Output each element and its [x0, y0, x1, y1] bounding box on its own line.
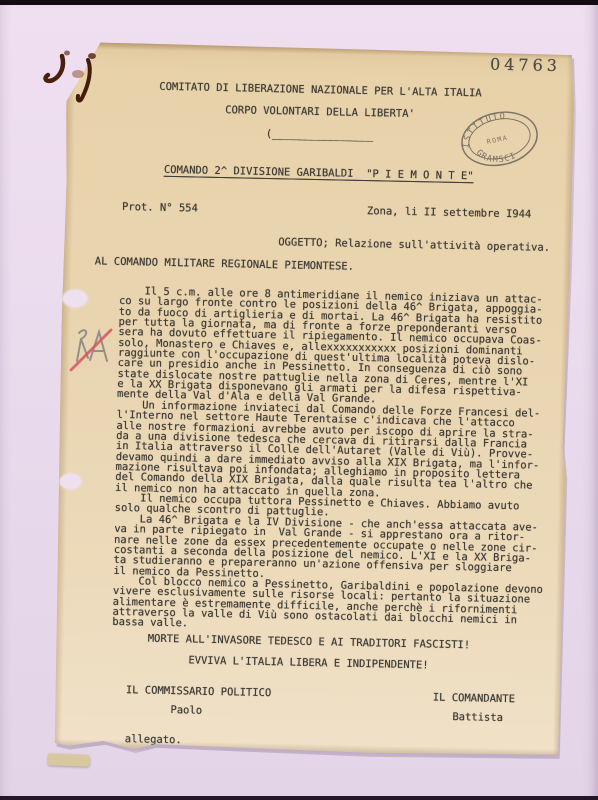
commander-name: Battista	[452, 711, 503, 724]
protocol-number: Prot. N° 554	[122, 201, 198, 215]
document-photo: 04763 COMITATO DI LIBERAZIONE NAZIONALE …	[0, 0, 598, 800]
report-paragraph-5: Col blocco nemico a Pessinetto, Garibald…	[112, 576, 543, 637]
commissar-name: Paolo	[170, 704, 202, 717]
photo-bottom-border	[0, 796, 598, 800]
org-title: COMITATO DI LIBERAZIONE NAZIONALE PER L'…	[66, 79, 574, 102]
report-paragraph-1: Il 5 c.m. alle ore 8 antimeridiane il ne…	[117, 286, 543, 409]
slogan-2: EVVIVA L'ITALIA LIBERA E INDIPENDENTE!	[54, 652, 562, 675]
paper-hole	[60, 474, 81, 489]
commander-title: IL COMANDANTE	[433, 692, 515, 706]
dateline: Zona, li II settembre I944	[367, 205, 532, 220]
attachment-note: allegato.	[125, 733, 182, 746]
paper-sheet: 04763 COMITATO DI LIBERAZIONE NAZIONALE …	[53, 42, 576, 758]
ink-blot-icon	[42, 48, 108, 110]
recipient-line: AL COMANDO MILITARE REGIONALE PIEMONTESE…	[95, 255, 354, 272]
pencil-annotation	[66, 316, 116, 380]
report-paragraph-4: La 46^ Brigata e la IV Divisione - che a…	[113, 514, 538, 585]
photo-top-border	[0, 0, 598, 5]
commissar-title: IL COMMISSARIO POLITICO	[126, 684, 272, 699]
archive-number-stamp: 04763	[490, 59, 561, 72]
torn-paper-fragment	[48, 753, 90, 766]
stamp-text-middle: ROMA	[486, 134, 509, 146]
subject-line: OGGETTO; Relazione sull'attività operati…	[278, 236, 550, 254]
paper-hole	[63, 290, 87, 307]
report-paragraph-2: Un informazione inviateci dal Comando de…	[115, 400, 540, 502]
